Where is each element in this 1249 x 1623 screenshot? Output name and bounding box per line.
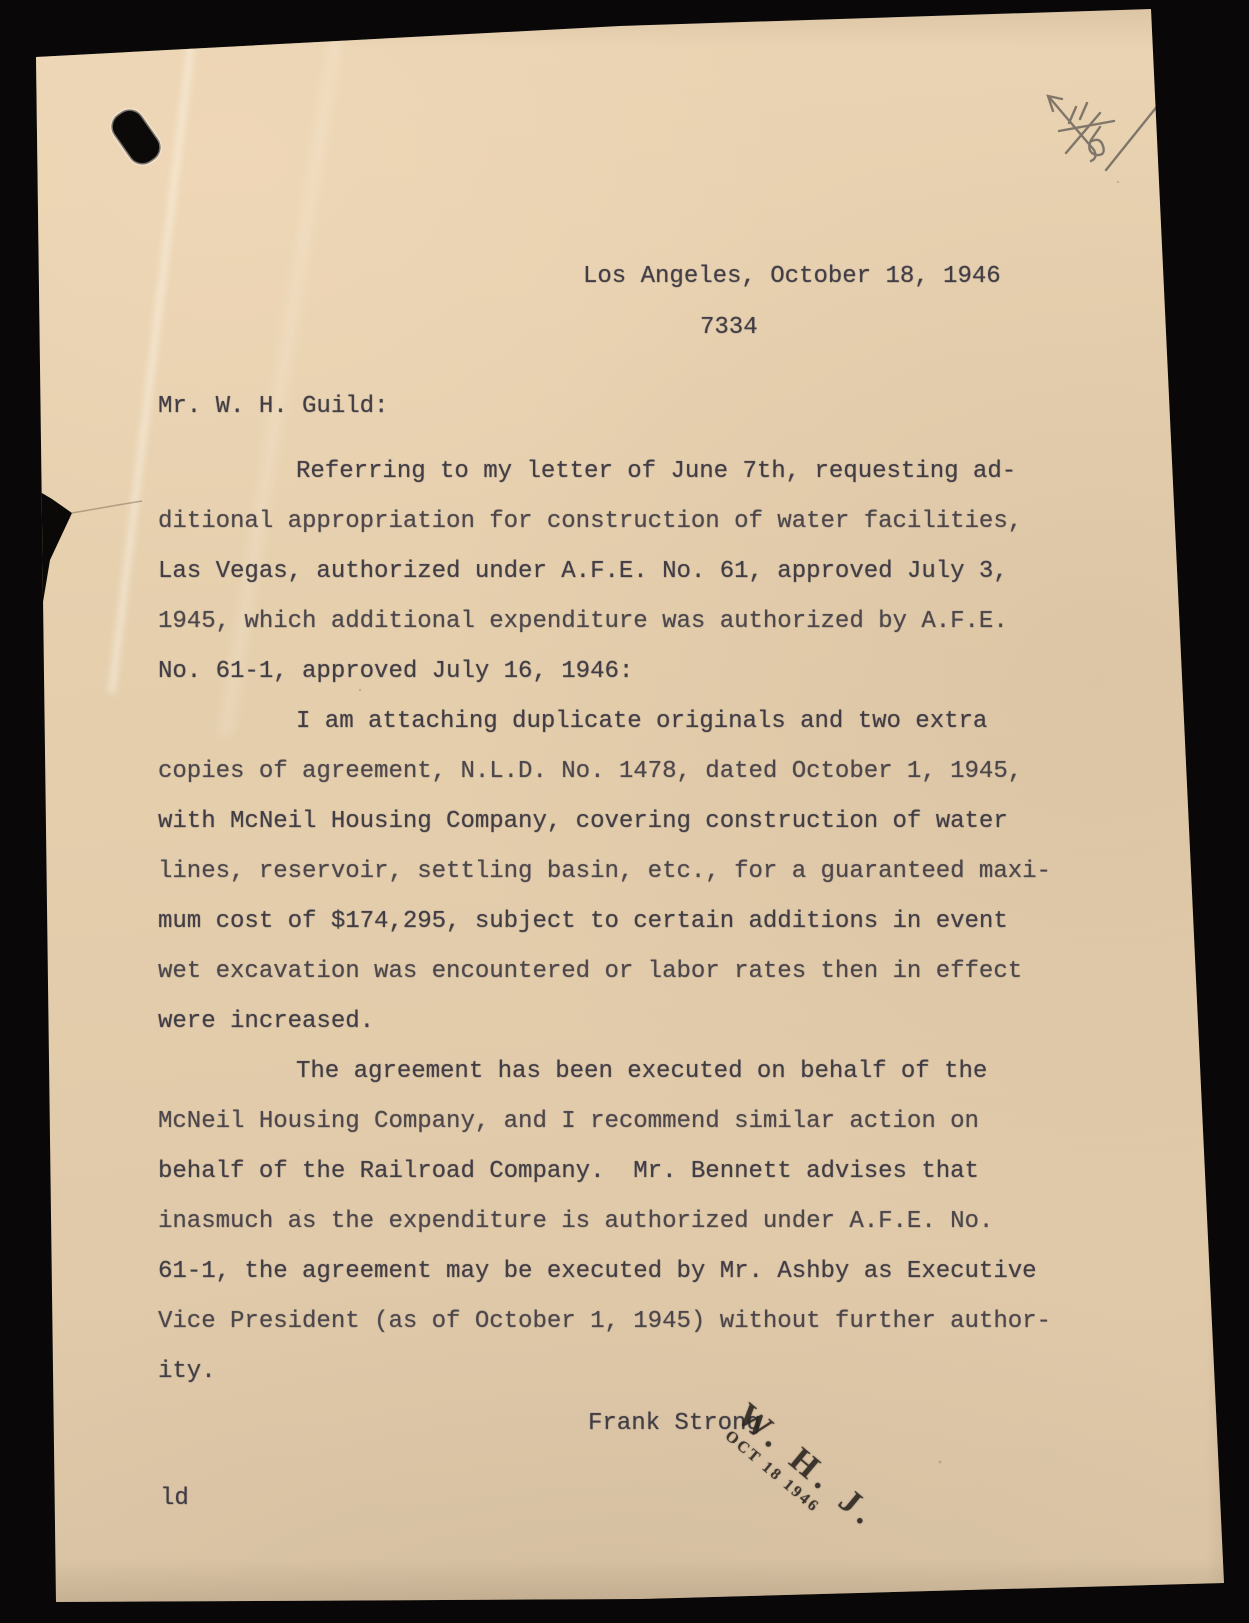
file-number: 7334 (700, 303, 758, 353)
typist-initials-text: ld (160, 1474, 189, 1524)
letter-line: The agreement has been executed on behal… (158, 1047, 1051, 1097)
salutation: Mr. W. H. Guild: (158, 382, 388, 432)
paragraph-3: The agreement has been executed on behal… (158, 1047, 1051, 1397)
letter-line: copies of agreement, N.L.D. No. 1478, da… (158, 747, 1051, 797)
letter-line: lines, reservoir, settling basin, etc., … (158, 847, 1051, 897)
scan-background: { "letter": { "place_date": "Los Angeles… (0, 0, 1249, 1623)
letter-line: 1945, which additional expenditure was a… (158, 597, 1022, 647)
punch-hole (105, 103, 166, 170)
letter-line: ity. (158, 1347, 1051, 1397)
letter-line: mum cost of $174,295, subject to certain… (158, 897, 1051, 947)
letter-line: ditional appropriation for construction … (158, 497, 1022, 547)
letter-line: inasmuch as the expenditure is authorize… (158, 1197, 1051, 1247)
signature: Frank Strong (588, 1399, 761, 1449)
typist-initials: ld (160, 1474, 189, 1524)
date-line: Los Angeles, October 18, 1946 (583, 252, 1001, 302)
letter-line: Vice President (as of October 1, 1945) w… (158, 1297, 1051, 1347)
letter-line: wet excavation was encountered or labor … (158, 947, 1051, 997)
letter-line: 61-1, the agreement may be executed by M… (158, 1247, 1051, 1297)
file-number-value: 7334 (700, 303, 758, 353)
salutation-text: Mr. W. H. Guild: (158, 382, 388, 432)
signature-name: Frank Strong (588, 1399, 761, 1449)
paragraph-1: Referring to my letter of June 7th, requ… (158, 447, 1022, 697)
letter-line: I am attaching duplicate originals and t… (158, 697, 1051, 747)
letter-line: No. 61-1, approved July 16, 1946: (158, 647, 1022, 697)
letter-line: Referring to my letter of June 7th, requ… (158, 447, 1022, 497)
letter-line: McNeil Housing Company, and I recommend … (158, 1097, 1051, 1147)
torn-edge (28, 486, 72, 616)
tear-crack (72, 501, 142, 513)
letter-line: Las Vegas, authorized under A.F.E. No. 6… (158, 547, 1022, 597)
letter-line: were increased. (158, 997, 1051, 1047)
paper: Los Angeles, October 18, 1946 7334 Mr. W… (0, 0, 1249, 1623)
place-date: Los Angeles, October 18, 1946 (583, 252, 1001, 302)
letter-line: with McNeil Housing Company, covering co… (158, 797, 1051, 847)
letter-line: behalf of the Railroad Company. Mr. Benn… (158, 1147, 1051, 1197)
pencil-annotation (1048, 74, 1183, 170)
paragraph-2: I am attaching duplicate originals and t… (158, 697, 1051, 1047)
